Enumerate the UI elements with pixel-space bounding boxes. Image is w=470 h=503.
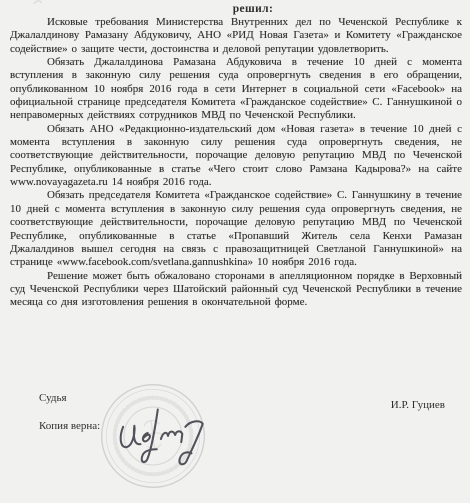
decision-heading: решил: xyxy=(10,3,462,15)
paragraph-appeal-procedure: Решение может быть обжаловано сторонами … xyxy=(10,270,462,310)
decision-text-block: решил: Исковые требования Министерства В… xyxy=(10,3,462,310)
court-decision-page: решил: Исковые требования Министерства В… xyxy=(0,0,470,503)
paragraph-claims-satisfied: Исковые требования Министерства Внутренн… xyxy=(10,16,462,56)
paragraph-obligation-novaya-gazeta: Обязать АНО «Редакционно-издательский до… xyxy=(10,123,462,190)
judge-signature-icon xyxy=(116,401,218,473)
paragraph-obligation-dzhalaldinov: Обязать Джалалдинова Рамазана Абдуковича… xyxy=(10,56,462,123)
paragraph-obligation-gannushkina: Обязать председателя Комитета «Гражданск… xyxy=(10,189,462,269)
judge-name: И.Р. Гуциев xyxy=(391,399,445,411)
judge-label: Судья xyxy=(39,392,67,404)
copy-certified-label: Копия верна: xyxy=(39,420,100,432)
